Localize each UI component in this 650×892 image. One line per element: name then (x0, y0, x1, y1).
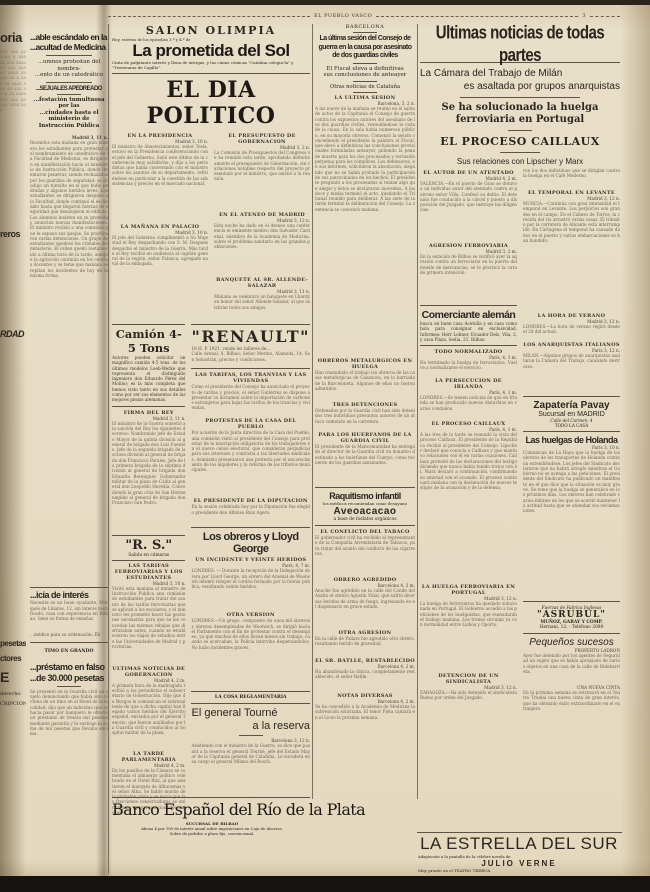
body-text: Ordenadas por la Guardia civil han sido … (315, 408, 415, 430)
body-text: Reunidos esta mañana en gran número los … (30, 140, 108, 585)
scan-edge-bottom (0, 876, 650, 892)
previous-page-edge: oria aaa aaa aa aaaa a aaa aa aaa aaaa a… (0, 30, 26, 876)
banner-headline: Ultimas noticias de todas partes (420, 22, 620, 67)
headline-line: es asaltada por grupos anarquistas (420, 80, 620, 93)
edge-fragment: ctores (0, 654, 26, 663)
section-title: EL DIA POLITICO (112, 77, 310, 129)
edge-headline: oria (0, 30, 26, 45)
headline-line: ...able escándalo en la (30, 32, 108, 42)
subhead-line: ...ciudades hasta el ministerio de (30, 110, 108, 123)
dia-politico-left: EN LA PRESIDENCIA Madrid 3, 10 n. El min… (112, 131, 208, 318)
caillaux-headline: EL PROCESO CAILLAUX (420, 135, 620, 148)
body-text: Ha abandonado la clínica, completamente … (315, 669, 415, 691)
lower-columns: Camión 4-5 Tons Autores pueden solicitar… (112, 322, 310, 828)
ad-title: Comerciante alemán (420, 309, 517, 321)
rule (112, 797, 310, 798)
body-text: Anoche fue agredido en la calle del Cond… (315, 588, 415, 628)
item-title: LA PERSECUCION DE IRLANDA (420, 378, 517, 390)
ad-title: SALON OLIMPIA (112, 24, 310, 37)
scan-edge-top (0, 0, 650, 5)
ad-title: LA ESTRELLA DEL SUR (418, 834, 620, 854)
col3-headline: La última sesión del Consejo de guerra e… (315, 35, 415, 61)
headline-line: ...de 30.000 pesetas (30, 673, 108, 684)
ad-headline: La prometida del Sol (112, 42, 310, 60)
estrella-ad: LA ESTRELLA DEL SUR Adaptación a la pant… (418, 834, 620, 873)
body-text: Ayer fue detenido por los agentes de Seg… (523, 653, 620, 685)
camion-ad: Camión 4-5 Tons Autores pueden solicitar… (112, 327, 185, 403)
ad-text: Autores pueden solicitar un magnífico ca… (112, 355, 185, 403)
obreros-headline: Los obreros y Lloyd George (191, 531, 310, 555)
col3-other: Otras noticias de Cataluña (315, 84, 415, 90)
edge-text: aaa aaa aa aaaa a aaa aa aaa aaaa aa aaa… (0, 49, 26, 249)
subhead-line: El Fiscal eleva a definitivas (315, 66, 415, 73)
ad-tagline: Salida en cámaras (112, 553, 185, 558)
item-title: LAS TARIFAS FERROVIARIAS Y LOS ESTUDIANT… (112, 563, 185, 581)
renault-ad: "RENAULT" 18 H. P. 1921, vende los talle… (191, 327, 310, 365)
body-text: Visitó esta mañana al ministro de Instru… (112, 586, 185, 664)
ad-title: Camión 4-5 Tons (112, 327, 185, 355)
body-text: Asistiendo con el ministro de la Guerra,… (191, 743, 310, 785)
body-text: Se ha concedido a la Academia de Medicin… (315, 704, 415, 744)
dia-politico-right: EL PRESUPUESTO DE GOBERNACION Madrid 3, … (214, 131, 310, 318)
body-text: Como el presidente del Consejo ha anunci… (191, 384, 310, 416)
lower-left: Camión 4-5 Tons Autores pueden solicitar… (112, 322, 185, 828)
caillaux-subhead: Sus relaciones con Lipscher y Marx (420, 157, 620, 166)
body-text: El gobernador civil ha recibido al repre… (315, 535, 415, 575)
ad-desc: Cinta de palpitante interés y llena de i… (112, 60, 310, 70)
body-text: El presidente de la Mancomunidad ha entr… (315, 444, 415, 484)
column-rule (108, 24, 109, 874)
milan-headline: La Cámara del Trabajo de Milán es asalta… (420, 67, 620, 93)
ad-title: Zapatería Pavay (523, 400, 620, 411)
salon-olimpia-ad: SALON OLIMPIA Hoy, estreno de los episod… (112, 24, 310, 70)
newspaper-name: EL PUEBLO VASCO (314, 13, 372, 19)
ad-line: Sobre de pedidos a plazo fijo, convencio… (112, 831, 312, 836)
subhead-line: ...ento de un catedrático (30, 72, 108, 79)
headline-line: ...acultad de Medicina (30, 42, 108, 52)
column-rule (417, 24, 418, 799)
body-text: A primera hora de la madrugada recibió a… (112, 683, 185, 749)
lower-right: "RENAULT" 18 H. P. 1921, vende los talle… (191, 322, 310, 828)
body-text: Se presentó en la Guardia civil un sujet… (30, 689, 108, 809)
body-text: En la sesión celebrada hoy por la Diputa… (191, 504, 310, 524)
body-text: MILAN.—Algunos grupos de anarquistas asa… (523, 353, 620, 393)
ad-text: Calle Arenal, 8, Bilbao; Señor Merino, A… (191, 351, 310, 365)
col4-subcolumns: EL AUTOR DE UN ATENTADO Madrid 4, 2 m. V… (420, 168, 620, 726)
ad-author: JULIO VERNE (418, 859, 620, 868)
body-text: LONDRES.—La hora de verano regirá desde … (523, 324, 620, 340)
kicker: BARCELONA (315, 24, 415, 30)
column-rule (312, 24, 313, 799)
aveoacacao-ad: Raquitismo infantil los médicos recomien… (315, 491, 415, 522)
asrubul-ad: Fuerzas de Fabrica Inglesas "ASRUBUL" MU… (523, 605, 620, 630)
tourne-headline: El general Tourné a la reserva (191, 707, 310, 733)
comerciante-ad: Comerciante alemán busca en buen casa Ac… (420, 309, 517, 342)
ad-text: busca en buen casa Acetoïla y en casa co… (420, 321, 517, 342)
body-text: Ha terminado la huelga de ferroviarios. … (420, 360, 517, 376)
col1-box-headline: ...icia de interés (30, 590, 108, 600)
banco-ad: Banco Español del Río de la Plata SUCURS… (112, 800, 312, 836)
body-text: Por acuerdo de la Junta directiva de la … (191, 430, 310, 496)
body-text: El ministro de Abastecimientos, señor Te… (112, 144, 208, 222)
column-4: Ultimas noticias de todas partes La Cáma… (420, 22, 620, 876)
item-title: LA TARDE PARLAMENTARIA (112, 751, 185, 763)
col4-right: ron los dos individuos que se dirigían c… (523, 168, 620, 726)
col1-headline: ...able escándalo en la ...acultad de Me… (30, 32, 108, 52)
ad-line: Raquitismo infantil (315, 491, 415, 501)
box-text: Necesita se un buen ayudante, Marqués de… (30, 600, 108, 632)
body-text: LONDRES.—Se tienen noticias de que en Ir… (420, 395, 517, 419)
item-title: BANQUETE AL SR. ALLENDE-SALAZAR (214, 277, 310, 289)
item-title: LA HUELGA FERROVIARIA EN PORTUGAL (420, 584, 517, 596)
newspaper-page: EL PUEBLO VASCO 3 oria aaa aaa aa aaaa a… (0, 0, 650, 880)
body-text: Mañana se celebrará un banquete en Lhard… (214, 294, 310, 318)
ad-line: TODO LA CASA (523, 423, 620, 428)
running-head: EL PUEBLO VASCO 3 (108, 12, 620, 20)
body-text: La huelga de ferroviarios ha quedado sol… (420, 601, 517, 671)
ad-line: Hernani, 12. - Teléfono 2080 (523, 625, 620, 630)
headline-line: guerra en la causa por asesinato (315, 44, 415, 53)
headline-line: La última sesión del Consejo de (315, 35, 415, 44)
body-text: A las tres de la tarde se reanudó la vis… (420, 432, 517, 582)
body-text: LONDRES.—Un grupo, compuesto de unos mil… (191, 618, 310, 688)
col1-label: TIMO EN GRANDO (30, 649, 108, 654)
body-text: La Comisión de Presupuestos del Congreso… (214, 150, 310, 210)
item-title: ULTIMAS NOTICIAS DE GOBERNACION (112, 666, 185, 678)
body-text: En la estación de Bilbao se verificó aye… (420, 254, 517, 302)
ad-title: "R. S." (112, 538, 185, 553)
body-text: El ministro de la Guerra sometió a la sa… (112, 421, 185, 533)
column-2: SALON OLIMPIA Hoy, estreno de los episod… (112, 22, 310, 876)
edge-fragment: E (0, 669, 26, 685)
col1-section: ...SEJUALES APEDREADO (30, 86, 108, 92)
col1-story-headline: ...préstamo en falso ...de 30.000 peseta… (30, 662, 108, 684)
subhead-line: ...umnos protestan del nombra- (30, 59, 108, 72)
portugal-headline: Se ha solucionado la huelga ferroviaria … (420, 102, 620, 126)
headline-line: El general Tourné (191, 707, 310, 720)
body-text: ron los dos individuos que se dirigían c… (523, 168, 620, 188)
body-text: A las nueve de la mañana se reunió en el… (315, 106, 415, 356)
subhead-line: ...festación tumultuosa por las (30, 97, 108, 110)
zapateria-ad: Zapatería Pavay Sucursal en MADRID Calle… (523, 400, 620, 428)
item-title: LAS TARIFAS, LOS TRANVIAS Y LAS VIVIENDA… (191, 372, 310, 384)
ad-product: Aveoacacao (315, 506, 415, 517)
edge-fragment: CRIPCION (0, 701, 26, 707)
column-1: ...able escándalo en la ...acultad de Me… (30, 22, 108, 876)
body-text: MURCIA.—Continúa con gran intensidad el … (523, 201, 620, 311)
body-text: Esta noche ha dado en el Ateneo una conf… (214, 223, 310, 275)
rs-ad: "R. S." Salida en cámaras (112, 538, 185, 558)
item-title: OBREROS METALURGICOS EN HUELGA (315, 358, 415, 370)
body-text: ZARAGOZA.—Ha sido detenido el sindicalis… (420, 690, 517, 710)
headline-line: a la reserva (191, 720, 310, 733)
ad-title: "RENAULT" (191, 327, 310, 346)
item-title: EL PRESUPUESTO DE GOBERNACION (214, 133, 310, 145)
column-3: BARCELONA La última sesión del Consejo d… (315, 22, 415, 797)
item-title: PARA LOS HUERFANOS DE LA GUARDIA CIVIL (315, 432, 415, 444)
page-number: 3 (582, 13, 586, 19)
body-text: En la próxima semana se estrenará en el … (523, 690, 620, 726)
item-title: DETENCION DE UN SINDICALISTA (420, 673, 517, 685)
headline-line: La Cámara del Trabajo de Milán (420, 67, 620, 80)
body-text: VALENCIA.—En el puerto de Grao se detuvo… (420, 181, 517, 241)
col1-subhead: ...umnos protestan del nombra- ...ento d… (30, 59, 108, 79)
body-text: Comunican de La Haya que la huelga de lo… (523, 450, 620, 598)
section-label: LA COSA REGLAMENTARIA (191, 695, 310, 700)
dia-politico-columns: EN LA PRESIDENCIA Madrid 3, 10 n. El min… (112, 131, 310, 318)
headline-line: de dos guardias civiles (315, 52, 415, 61)
ad-title: Banco Español del Río de la Plata (112, 800, 312, 819)
holanda-headline: Las huelgas de Holanda (523, 435, 620, 445)
edge-fragment: pesetas (0, 639, 26, 648)
col1-section-b: ...festación tumultuosa por las ...ciuda… (30, 97, 108, 130)
edge-fragment: RDAD (0, 329, 26, 339)
box-footer: ...médico para su ordenación: Eli (30, 632, 108, 637)
rule (417, 832, 622, 833)
col4-left: EL AUTOR DE UN ATENTADO Madrid 4, 2 m. V… (420, 168, 517, 726)
ad-line: Sucursal en MADRID (523, 411, 620, 418)
ad-line: a base de fosfatos orgánicos (315, 517, 415, 522)
col3-subhead: El Fiscal eleva a definitivas sus conclu… (315, 66, 415, 80)
body-text: LONDRES. — Durante la recepción de la De… (191, 568, 310, 610)
subhead-line: Instrucción Pública (30, 123, 108, 130)
headline-line: ...préstamo en falso (30, 662, 108, 673)
ad-line: Muy pronto en el TEATRO TREBUA (418, 868, 620, 873)
body-text: En la calle de Pallars fue agredido otro… (315, 636, 415, 656)
body-text: El jefe del Gobierno cumplimentó a Su Ma… (112, 235, 208, 287)
subhead-line: sus conclusiones de anteayer (315, 72, 415, 79)
edge-fragment: derecho (0, 691, 26, 697)
ad-title: "ASRUBUL" (523, 610, 620, 620)
body-text: Han reanudado el trabajo los obreros de … (315, 370, 415, 400)
item-title: PROTESTAS DE LA CASA DEL PUEBLO (191, 418, 310, 430)
pequenos-headline: Pequeños sucesos (523, 637, 620, 648)
